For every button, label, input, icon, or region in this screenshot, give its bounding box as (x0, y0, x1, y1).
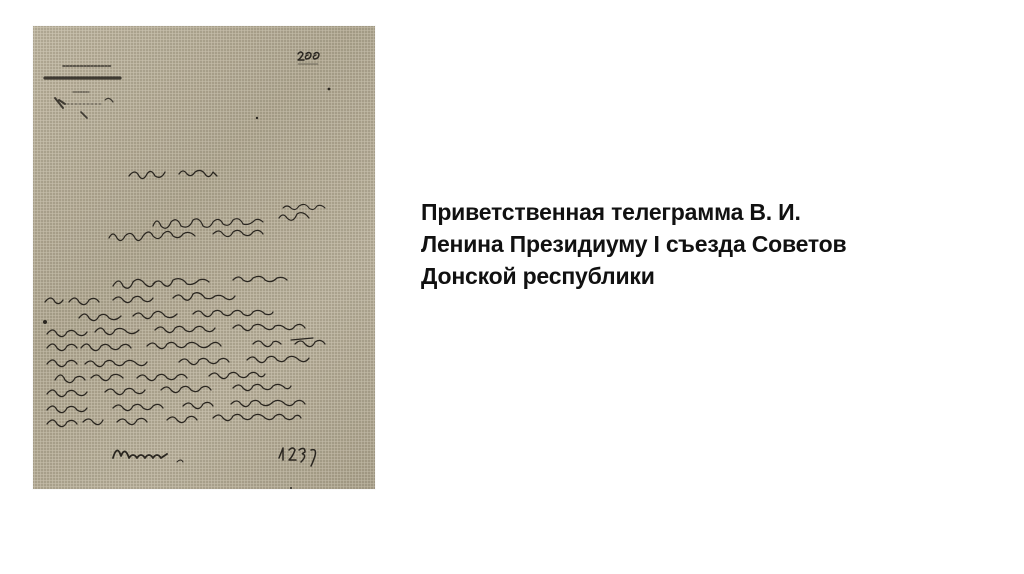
caption-line-2: Ленина Президиуму I съезда Советов (421, 228, 941, 260)
telegram-document-photo (33, 26, 375, 489)
handwriting-strokes (33, 26, 375, 489)
slide-caption: Приветственная телеграмма В. И. Ленина П… (421, 196, 941, 292)
handwriting-line (129, 170, 217, 178)
telegram-number (279, 448, 316, 466)
handwriting-line (283, 204, 325, 209)
letterhead (45, 66, 121, 118)
caption-line-3: Донской республики (421, 260, 941, 292)
handwriting-line (109, 230, 263, 240)
handwriting-body (43, 276, 325, 426)
archive-page-number (298, 52, 319, 64)
signature (113, 450, 183, 462)
slide: Приветственная телеграмма В. И. Ленина П… (0, 0, 1024, 574)
caption-line-1: Приветственная телеграмма В. И. (421, 196, 941, 228)
handwriting-line (153, 213, 309, 229)
